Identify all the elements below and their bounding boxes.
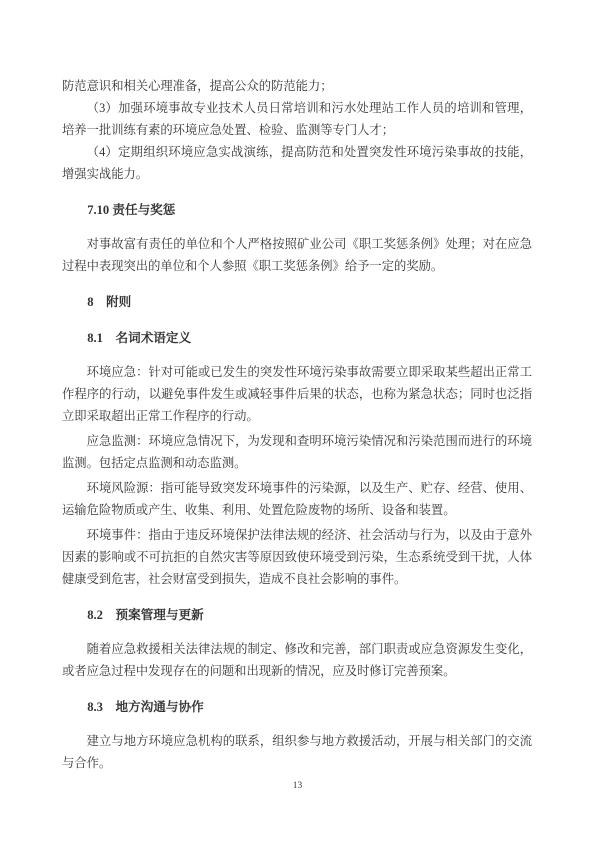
paragraph-responsibility-rewards: 对事故富有责任的单位和个人严格按照矿业公司《职工奖惩条例》处理；对在应急过程中表… bbox=[62, 233, 532, 277]
paragraph-public-awareness-continuation: 防范意识和相关心理准备，提高公众的防范能力； bbox=[62, 75, 532, 97]
heading-8-supplementary-provisions: 8 附则 bbox=[62, 291, 532, 313]
paragraph-item-4-drills: （4）定期组织环境应急实战演练，提高防范和处置突发性环境污染事故的技能，增强实战… bbox=[62, 141, 532, 185]
document-body: 防范意识和相关心理准备，提高公众的防范能力； （3）加强环境事故专业技术人员日常… bbox=[62, 75, 532, 774]
paragraph-local-communication-cooperation: 建立与地方环境应急机构的联系，组织参与地方救援活动，开展与相关部门的交流与合作。 bbox=[62, 730, 532, 774]
heading-8-3-local-communication-cooperation: 8.3 地方沟通与协作 bbox=[62, 696, 532, 718]
heading-8-1-terms-definitions: 8.1 名词术语定义 bbox=[62, 327, 532, 349]
definition-environmental-risk-source: 环境风险源：指可能导致突发环境事件的污染源，以及生产、贮存、经营、使用、运输危险… bbox=[62, 477, 532, 521]
definition-environmental-incident: 环境事件：指由于违反环境保护法律法规的经济、社会活动与行为，以及由于意外因素的影… bbox=[62, 524, 532, 590]
paragraph-plan-management-update: 随着应急救援相关法律法规的制定、修改和完善，部门职责或应急资源发生变化，或者应急… bbox=[62, 638, 532, 682]
definition-environmental-emergency: 环境应急：针对可能或已发生的突发性环境污染事故需要立即采取某些超出正常工作程序的… bbox=[62, 361, 532, 427]
paragraph-item-3-training: （3）加强环境事故专业技术人员日常培训和污水处理站工作人员的培训和管理，培养一批… bbox=[62, 97, 532, 141]
page-footer: 13 bbox=[0, 778, 595, 794]
page-number: 13 bbox=[293, 781, 303, 791]
heading-7-10-responsibility-rewards: 7.10 责任与奖惩 bbox=[62, 199, 532, 221]
document-page: 防范意识和相关心理准备，提高公众的防范能力； （3）加强环境事故专业技术人员日常… bbox=[0, 0, 595, 842]
heading-8-2-plan-management-update: 8.2 预案管理与更新 bbox=[62, 604, 532, 626]
definition-emergency-monitoring: 应急监测：环境应急情况下，为发现和查明环境污染情况和污染范围而进行的环境监测。包… bbox=[62, 430, 532, 474]
